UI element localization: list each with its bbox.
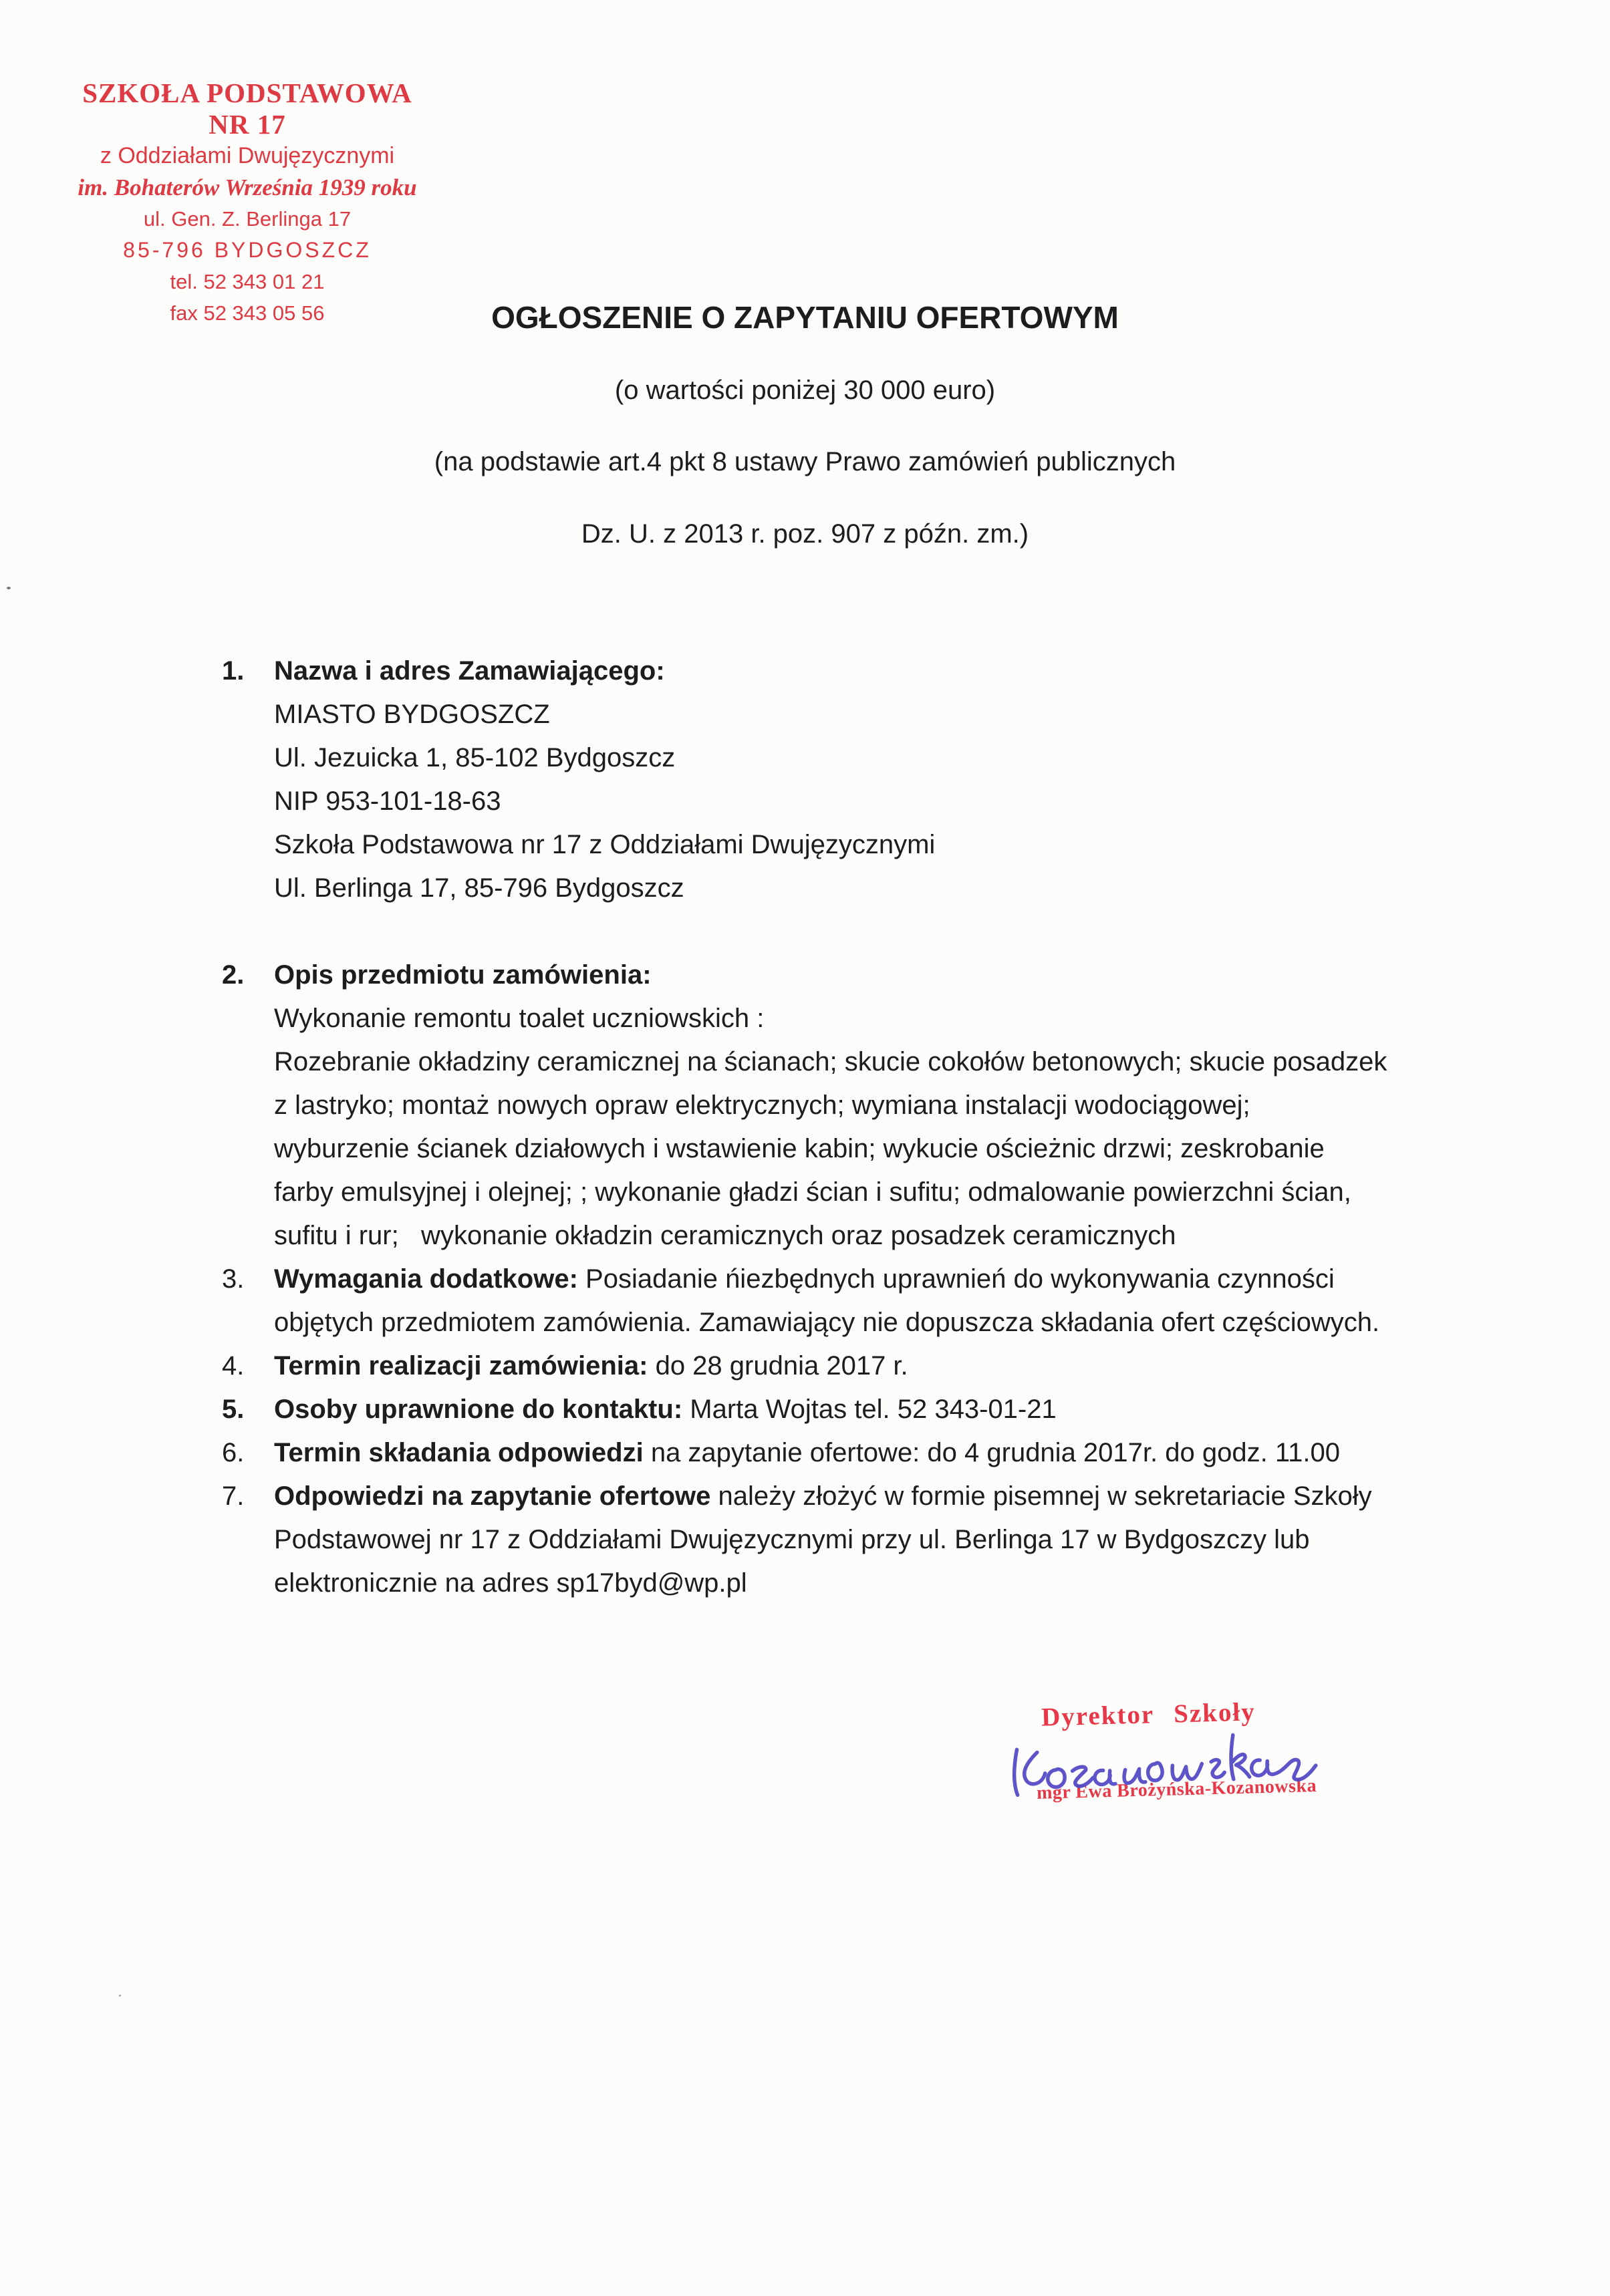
document-title: OGŁOSZENIE O ZAPYTANIU OFERTOWYM — [0, 299, 1610, 335]
scan-speck — [7, 587, 11, 589]
list-item: 5.Osoby uprawnione do kontaktu: Marta Wo… — [222, 1388, 1387, 1431]
text-line: Ul. Berlinga 17, 85-796 Bydgoszcz — [274, 867, 935, 910]
text-line: MIASTO BYDGOSZCZ — [274, 693, 935, 736]
list-item: 6.Termin składania odpowiedzi na zapytan… — [222, 1431, 1387, 1475]
list-item-number: 5. — [222, 1388, 274, 1431]
list-item: 2.Opis przedmiotu zamówienia:Wykonanie r… — [222, 954, 1387, 1258]
school-stamp: SZKOŁA PODSTAWOWA NR 17 z Oddziałami Dwu… — [70, 78, 424, 329]
list-item-number: 2. — [222, 954, 274, 997]
text-line: Podstawowej nr 17 z Oddziałami Dwujęzycz… — [274, 1518, 1372, 1562]
text-line: NIP 953-101-18-63 — [274, 780, 935, 823]
list-item-number: 3. — [222, 1258, 274, 1301]
text-line: elektronicznie na adres sp17byd@wp.pl — [274, 1562, 1372, 1605]
stamp-line-street: ul. Gen. Z. Berlinga 17 — [70, 203, 424, 235]
stamp-line-phone: tel. 52 343 01 21 — [70, 266, 424, 297]
list-item: 7.Odpowiedzi na zapytanie ofertowe należ… — [222, 1475, 1387, 1605]
list-item-number: 4. — [222, 1344, 274, 1388]
text-line: Rozebranie okładziny ceramicznej na ścia… — [274, 1040, 1387, 1084]
text-line: Wykonanie remontu toalet uczniowskich : — [274, 997, 1387, 1040]
stamp-line-city: 85-796 BYDGOSZCZ — [70, 235, 424, 266]
text-line: Termin składania odpowiedzi na zapytanie… — [274, 1431, 1340, 1475]
text-line: z lastryko; montaż nowych opraw elektryc… — [274, 1084, 1387, 1127]
text-line: sufitu i rur; wykonanie okładzin ceramic… — [274, 1214, 1387, 1258]
title-subline-legal: (na podstawie art.4 pkt 8 ustawy Prawo z… — [0, 447, 1610, 477]
text-line: Termin realizacji zamówienia: do 28 grud… — [274, 1344, 908, 1388]
text-line: farby emulsyjnej i olejnej; ; wykonanie … — [274, 1171, 1387, 1214]
numbered-list: 1.Nazwa i adres Zamawiającego:MIASTO BYD… — [222, 650, 1387, 1605]
list-item: 3.Wymagania dodatkowe: Posiadanie ńiezbę… — [222, 1258, 1387, 1344]
text-line: Wymagania dodatkowe: Posiadanie ńiezbędn… — [274, 1258, 1379, 1301]
list-item: 4.Termin realizacji zamówienia: do 28 gr… — [222, 1344, 1387, 1388]
title-subline-journal: Dz. U. z 2013 r. poz. 907 z późn. zm.) — [0, 519, 1610, 549]
text-line: Opis przedmiotu zamówienia: — [274, 954, 1387, 997]
stamp-line-patron: im. Bohaterów Września 1939 roku — [70, 172, 424, 203]
list-item-number: 6. — [222, 1431, 274, 1475]
title-subline-value: (o wartości poniżej 30 000 euro) — [0, 376, 1610, 406]
text-line: objętych przedmiotem zamówienia. Zamawia… — [274, 1301, 1379, 1344]
stamp-school-name: SZKOŁA PODSTAWOWA NR 17 — [70, 78, 424, 140]
text-line: Ul. Jezuicka 1, 85-102 Bydgoszcz — [274, 736, 935, 780]
stamp-line-bilingual: z Oddziałami Dwujęzycznymi — [70, 140, 424, 172]
text-line: wyburzenie ścianek działowych i wstawien… — [274, 1127, 1387, 1171]
list-item: 1.Nazwa i adres Zamawiającego:MIASTO BYD… — [222, 650, 1387, 910]
text-line: Nazwa i adres Zamawiającego: — [274, 650, 935, 693]
signature-block: Dyrektor Szkoły mgr Ewa Brożyńska-Kozano… — [970, 1684, 1402, 1842]
list-item-number: 1. — [222, 650, 274, 693]
scan-speck — [119, 1995, 121, 1997]
text-line: Osoby uprawnione do kontaktu: Marta Wojt… — [274, 1388, 1057, 1431]
list-item-number: 7. — [222, 1475, 274, 1518]
text-line: Szkoła Podstawowa nr 17 z Oddziałami Dwu… — [274, 823, 935, 867]
text-line: Odpowiedzi na zapytanie ofertowe należy … — [274, 1475, 1372, 1518]
